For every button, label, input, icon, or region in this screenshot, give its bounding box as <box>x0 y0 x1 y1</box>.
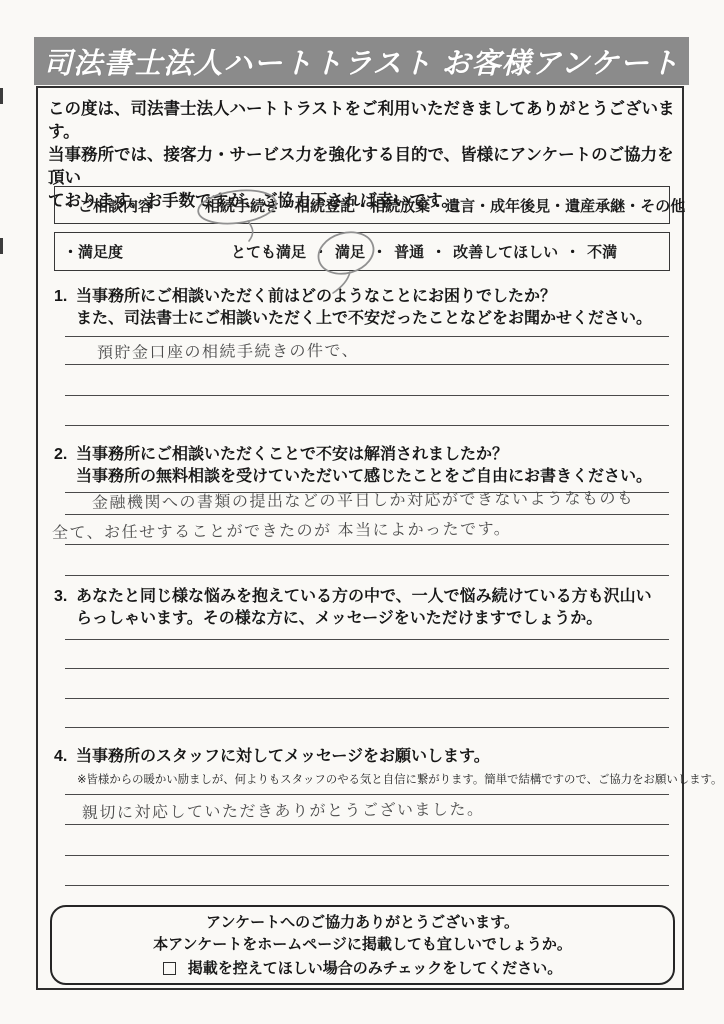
decline-publish-label: 掲載を控えてほしい場合のみチェックをしてください。 <box>188 958 563 979</box>
question-4: 4. 当事務所のスタッフに対してメッセージをお願いします。 ※皆様からの暖かい励… <box>54 746 674 886</box>
question-2-answer-area: 金融機関への書類の提出などの平日しか対応ができないようなものも 全て、お任せする… <box>65 487 669 576</box>
answer-line <box>65 365 669 396</box>
option-futsuu: 普通 <box>394 244 424 261</box>
satisfaction-label: ・満足度 <box>55 241 205 262</box>
option-separator: ・ <box>550 198 565 215</box>
question-3-text: あなたと同じ様な悩みを抱えている方の中で、一人で悩み続けている方も沢山い らっし… <box>76 586 652 629</box>
option-sonota: その他 <box>640 198 685 215</box>
option-separator: ・ <box>372 244 387 261</box>
question-2-number: 2. <box>54 444 76 487</box>
option-separator: ・ <box>431 244 446 261</box>
option-totemo-manzoku: とても満足 <box>231 244 306 261</box>
handwritten-answer: 全て、お任せすることができたのが 本当によかったです。 <box>52 516 512 543</box>
answer-line <box>65 629 669 640</box>
option-separator: ・ <box>430 198 445 215</box>
answer-line <box>65 640 669 669</box>
answer-line <box>65 329 669 337</box>
form-title: 司法書士法人ハートトラスト お客様アンケート <box>43 41 679 82</box>
footer-publish-question: 本アンケートをホームページに掲載しても宜しいでしょうか。 <box>153 934 572 955</box>
answer-line <box>65 669 669 699</box>
question-1-number: 1. <box>54 286 76 329</box>
option-souzoku-tetsuzuki: 相続手続き <box>205 198 280 215</box>
satisfaction-row: ・満足度 とても満足・満足・普通・改善してほしい・不満 <box>54 232 670 271</box>
answer-line: 預貯金口座の相続手続きの件で、 <box>65 337 669 365</box>
consultation-type-row: ・ご相談内容 相続手続き・相続登記・相続放棄・遺言・成年後見・遺産承継・その他 <box>54 186 670 224</box>
question-4-number: 4. <box>54 746 76 768</box>
option-separator: ・ <box>625 198 640 215</box>
answer-line: 全て、お任せすることができたのが 本当によかったです。 <box>65 515 669 545</box>
option-separator: ・ <box>355 198 370 215</box>
question-1-text: 当事務所にご相談いただく前はどのようなことにお困りでしたか？ また、司法書士にご… <box>76 286 652 329</box>
handwritten-answer: 預貯金口座の相続手続きの件で、 <box>97 338 359 363</box>
question-4-note: ※皆様からの暖かい励ましが、何よりもスタッフのやる気と自信に繋がります。簡単で結… <box>77 771 674 787</box>
footer-consent-box: アンケートへのご協力ありがとうございます。 本アンケートをホームページに掲載して… <box>50 905 675 985</box>
decline-publish-checkbox <box>163 962 176 975</box>
option-fuman: 不満 <box>587 244 617 261</box>
question-3-number: 3. <box>54 586 76 629</box>
handwritten-answer: 親切に対応していただきありがとうございました。 <box>82 796 485 823</box>
option-isan-shoukei: 遺産承継 <box>565 198 625 215</box>
form-header: 司法書士法人ハートトラスト お客様アンケート <box>34 37 689 85</box>
scan-artifact <box>0 238 3 254</box>
scan-artifact <box>0 88 3 104</box>
option-separator: ・ <box>565 244 580 261</box>
question-4-text: 当事務所のスタッフに対してメッセージをお願いします。 <box>76 746 490 768</box>
form-body: この度は、司法書士法人ハートトラストをご利用いただきましてありがとうございます。… <box>36 86 684 990</box>
satisfaction-options: とても満足・満足・普通・改善してほしい・不満 <box>231 241 617 262</box>
question-2-text: 当事務所にご相談いただくことで不安は解消されましたか？ 当事務所の無料相談を受け… <box>76 444 652 487</box>
answer-line <box>65 545 669 576</box>
option-kaizen: 改善してほしい <box>453 244 558 261</box>
footer-thanks-text: アンケートへのご協力ありがとうございます。 <box>206 912 519 933</box>
option-souzoku-touki: 相続登記 <box>295 198 355 215</box>
consultation-type-options: 相続手続き・相続登記・相続放棄・遺言・成年後見・遺産承継・その他 <box>205 195 685 216</box>
question-1: 1. 当事務所にご相談いただく前はどのようなことにお困りでしたか？ また、司法書… <box>54 286 674 426</box>
option-separator: ・ <box>313 244 328 261</box>
consultation-type-label: ・ご相談内容 <box>55 195 205 216</box>
survey-form-scan: 司法書士法人ハートトラスト お客様アンケート この度は、司法書士法人ハートトラス… <box>0 0 724 1024</box>
option-yuigon: 遺言 <box>445 198 475 215</box>
option-seinen-kouken: 成年後見 <box>490 198 550 215</box>
option-manzoku: 満足 <box>335 244 365 261</box>
answer-line <box>65 396 669 426</box>
answer-line: 金融機関への書類の提出などの平日しか対応ができないようなものも <box>65 493 669 515</box>
answer-line <box>65 856 669 886</box>
option-souzoku-houki: 相続放棄 <box>370 198 430 215</box>
option-separator: ・ <box>280 198 295 215</box>
answer-line <box>65 699 669 728</box>
question-2: 2. 当事務所にご相談いただくことで不安は解消されましたか？ 当事務所の無料相談… <box>54 444 674 576</box>
question-3: 3. あなたと同じ様な悩みを抱えている方の中で、一人で悩み続けている方も沢山い … <box>54 586 674 728</box>
handwritten-answer: 金融機関への書類の提出などの平日しか対応ができないようなものも <box>92 485 635 513</box>
question-4-answer-area: 親切に対応していただきありがとうございました。 <box>65 787 669 886</box>
answer-line: 親切に対応していただきありがとうございました。 <box>65 795 669 825</box>
question-1-answer-area: 預貯金口座の相続手続きの件で、 <box>65 329 669 426</box>
option-separator: ・ <box>475 198 490 215</box>
answer-line <box>65 787 669 795</box>
question-3-answer-area <box>65 629 669 728</box>
answer-line <box>65 825 669 856</box>
